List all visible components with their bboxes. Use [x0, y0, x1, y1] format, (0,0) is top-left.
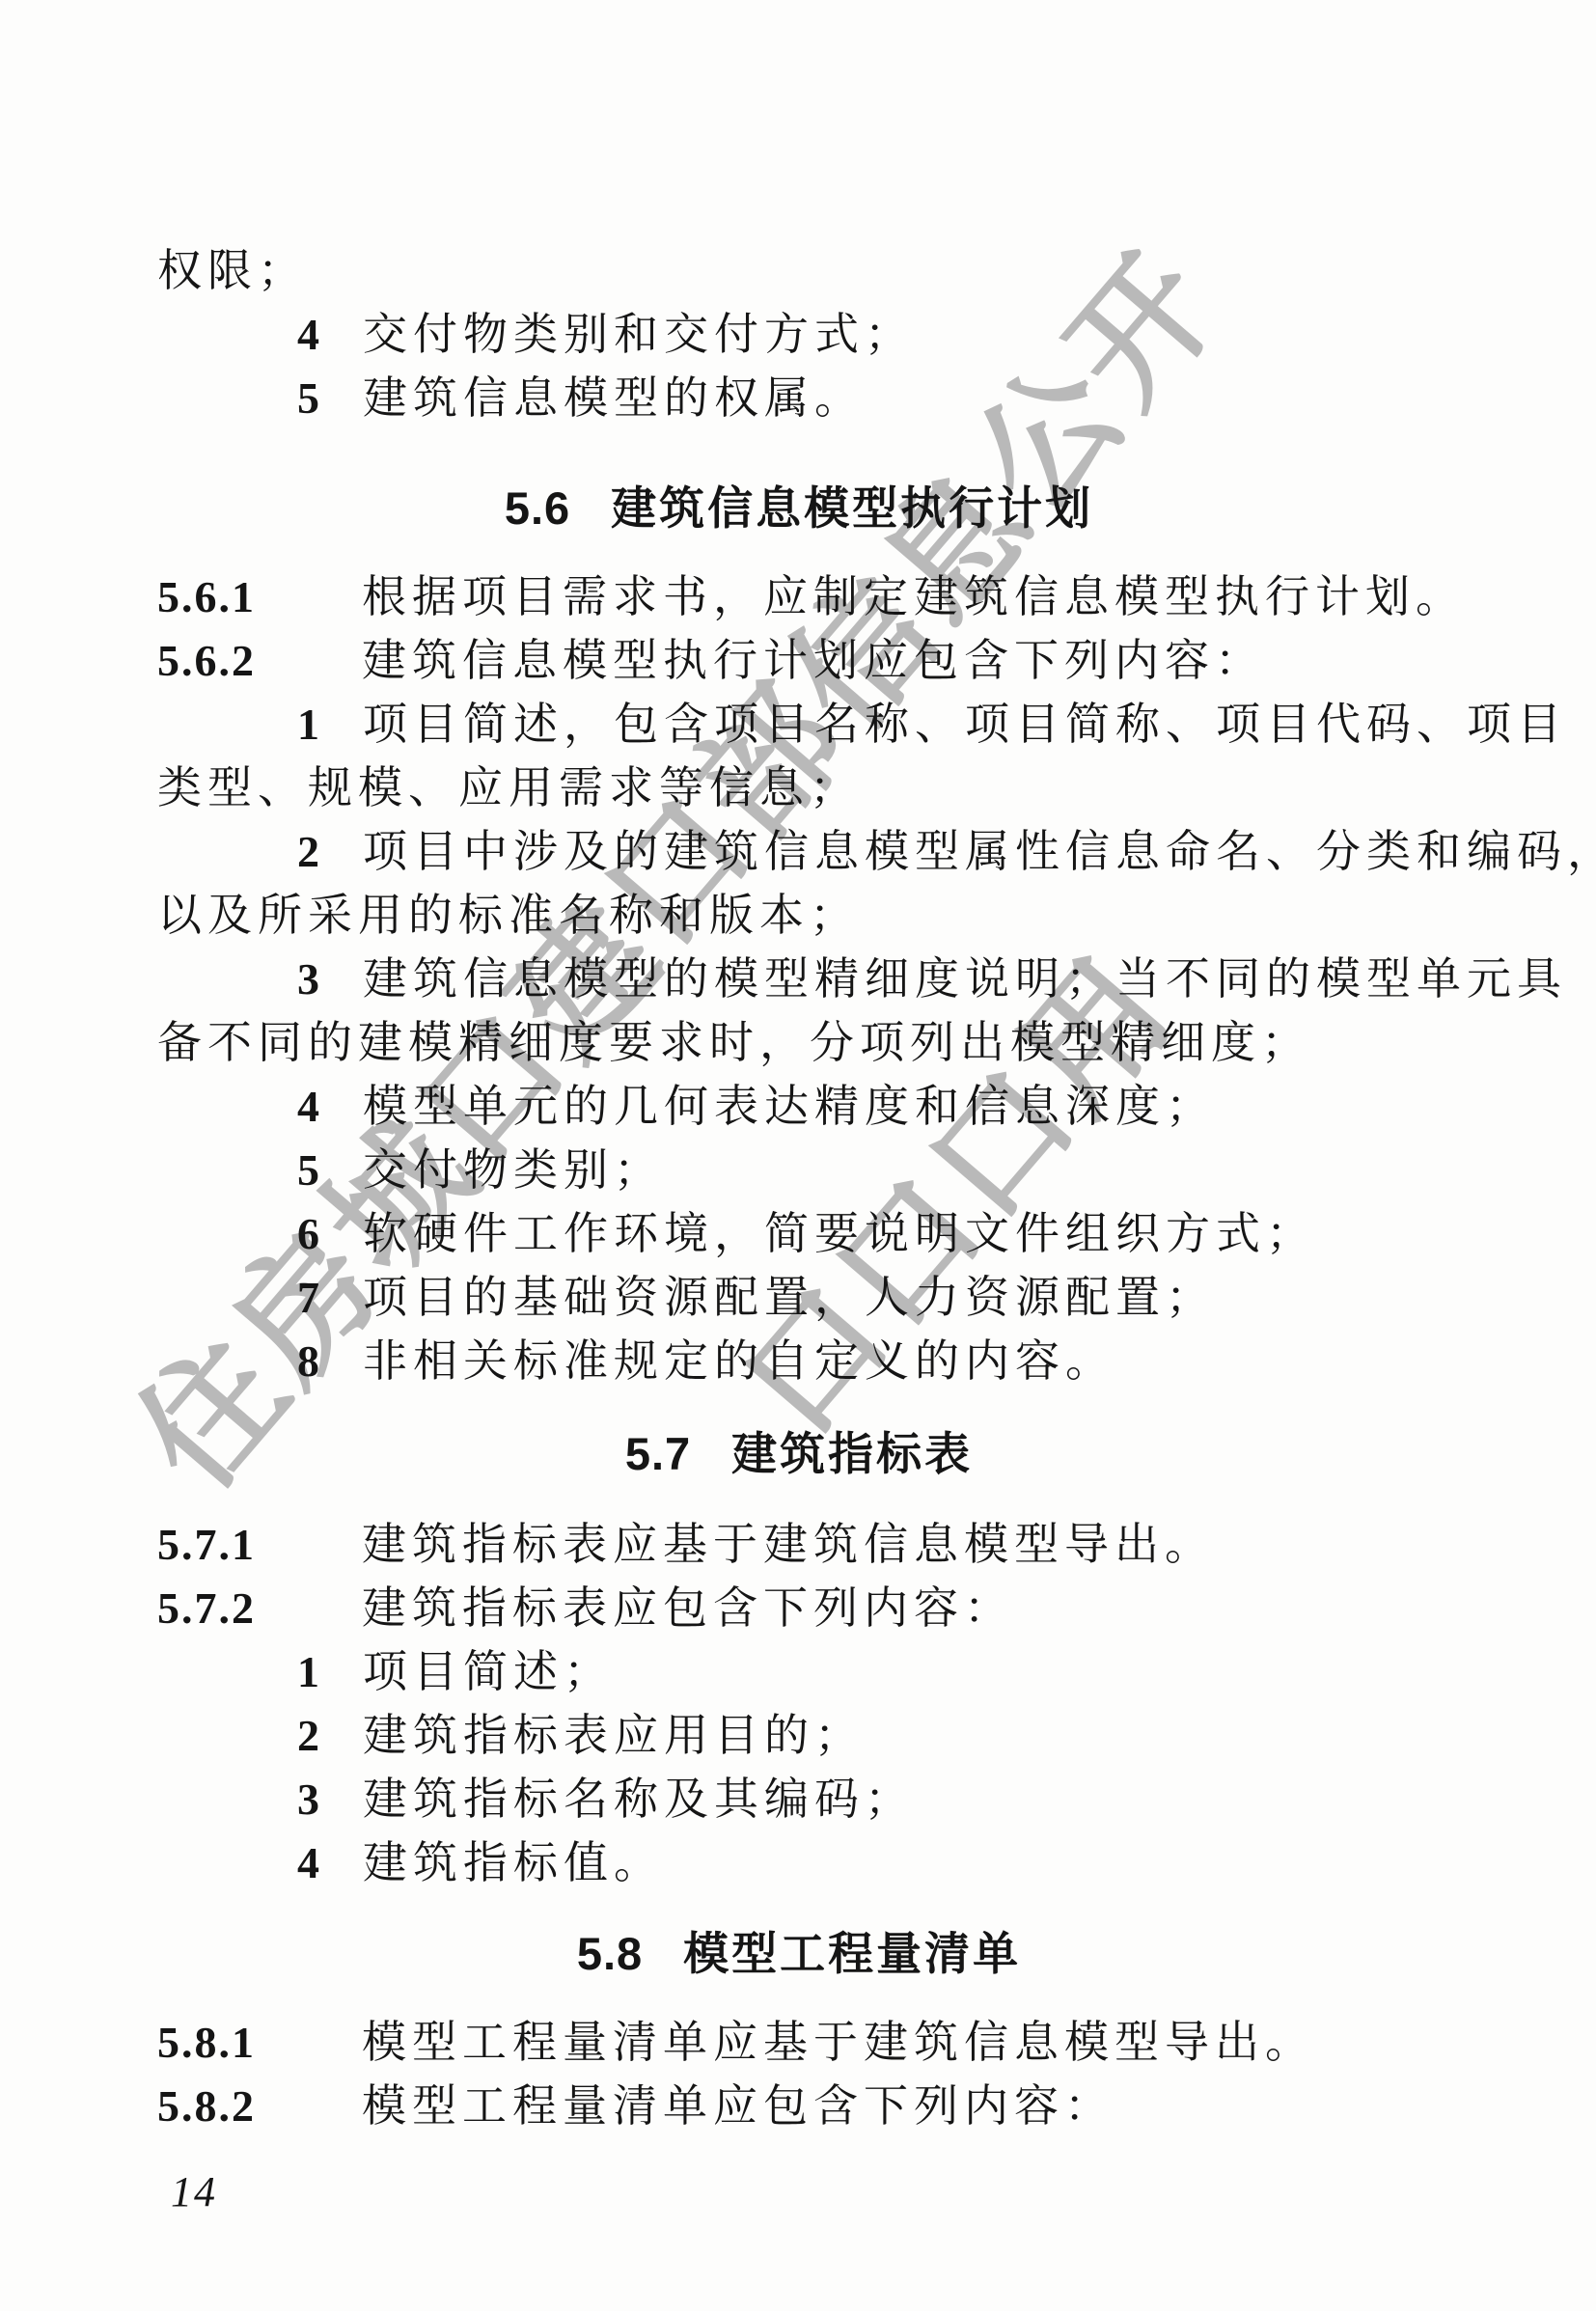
list-item: 8非相关标准规定的自定义的内容。 [297, 1334, 1115, 1389]
item-number: 4 [297, 1079, 363, 1135]
section-title: 模型工程量清单 [683, 1928, 1021, 1979]
list-item: 7项目的基础资源配置，人力资源配置； [297, 1270, 1216, 1326]
item-number: 6 [297, 1206, 363, 1262]
item-number: 1 [297, 697, 363, 753]
item-text: 项目简述，包含项目名称、项目简称、项目代码、项目 [363, 700, 1567, 749]
clause-line: 5.6.1根据项目需求书，应制定建筑信息模型执行计划。 [157, 569, 1466, 625]
document-page: 住房城口建口部信息公开 口口口用 权限； 4交付物类别和交付方式； 5建筑信息模… [0, 0, 1596, 2311]
list-item: 4模型单元的几何表达精度和信息深度； [297, 1079, 1216, 1135]
text-line-continuation: 备不同的建模精细度要求时，分项列出模型精细度； [157, 1015, 1311, 1071]
list-item: 6软硬件工作环境，简要说明文件组织方式； [297, 1206, 1316, 1262]
list-item: 5建筑信息模型的权属。 [297, 371, 865, 426]
clause-text: 建筑指标表应基于建筑信息模型导出。 [362, 1520, 1215, 1569]
list-item: 4交付物类别和交付方式； [297, 307, 915, 363]
section-title: 建筑指标表 [731, 1428, 973, 1479]
item-number: 3 [297, 1772, 363, 1828]
clause-text: 根据项目需求书，应制定建筑信息模型执行计划。 [362, 572, 1466, 621]
section-number: 5.6 [505, 482, 570, 534]
item-text: 模型单元的几何表达精度和信息深度； [363, 1082, 1216, 1131]
section-heading-5-6: 5.6建筑信息模型执行计划 [157, 481, 1441, 536]
item-number: 2 [297, 1708, 363, 1764]
item-text: 建筑信息模型的模型精细度说明；当不同的模型单元具 [363, 954, 1567, 1004]
section-number: 5.7 [625, 1428, 691, 1479]
item-text: 建筑信息模型的权属。 [363, 373, 865, 423]
item-number: 4 [297, 307, 363, 363]
item-number: 8 [297, 1334, 363, 1389]
list-item: 1项目简述； [297, 1644, 614, 1700]
list-item: 5交付物类别； [297, 1142, 664, 1198]
clause-text: 模型工程量清单应包含下列内容： [362, 2081, 1114, 2131]
clause-text: 模型工程量清单应基于建筑信息模型导出。 [362, 2018, 1315, 2067]
section-heading-5-8: 5.8模型工程量清单 [157, 1926, 1441, 1982]
item-text: 交付物类别； [363, 1145, 664, 1195]
item-text: 建筑指标名称及其编码； [363, 1775, 915, 1824]
text-line-continuation: 权限； [157, 243, 308, 299]
item-text: 项目的基础资源配置，人力资源配置； [363, 1273, 1216, 1322]
clause-number: 5.8.2 [157, 2078, 362, 2134]
clause-line: 5.8.2模型工程量清单应包含下列内容： [157, 2078, 1114, 2134]
list-item: 3建筑信息模型的模型精细度说明；当不同的模型单元具 [297, 951, 1567, 1007]
list-item: 2建筑指标表应用目的； [297, 1708, 865, 1764]
section-heading-5-7: 5.7建筑指标表 [157, 1426, 1441, 1482]
clause-number: 5.8.1 [157, 2015, 362, 2071]
list-item: 4建筑指标值。 [297, 1835, 664, 1891]
text-line-continuation: 类型、规模、应用需求等信息； [157, 760, 860, 816]
list-item: 1项目简述，包含项目名称、项目简称、项目代码、项目 [297, 697, 1567, 753]
item-text: 建筑指标值。 [363, 1838, 664, 1887]
item-text: 交付物类别和交付方式； [363, 310, 915, 359]
item-number: 5 [297, 1142, 363, 1198]
item-text: 建筑指标表应用目的； [363, 1711, 865, 1760]
section-title: 建筑信息模型执行计划 [611, 482, 1093, 534]
clause-line: 5.7.1建筑指标表应基于建筑信息模型导出。 [157, 1517, 1215, 1573]
item-text: 项目中涉及的建筑信息模型属性信息命名、分类和编码， [363, 827, 1596, 876]
clause-number: 5.6.1 [157, 569, 362, 625]
section-number: 5.8 [577, 1928, 643, 1979]
item-text: 项目简述； [363, 1647, 614, 1696]
clause-number: 5.6.2 [157, 633, 362, 689]
list-item: 2项目中涉及的建筑信息模型属性信息命名、分类和编码， [297, 824, 1596, 880]
page-number: 14 [171, 2167, 217, 2216]
item-text: 软硬件工作环境，简要说明文件组织方式； [363, 1209, 1316, 1258]
item-number: 3 [297, 951, 363, 1007]
clause-line: 5.8.1模型工程量清单应基于建筑信息模型导出。 [157, 2015, 1315, 2071]
item-number: 7 [297, 1270, 363, 1326]
clause-text: 建筑信息模型执行计划应包含下列内容： [362, 636, 1265, 685]
item-number: 4 [297, 1835, 363, 1891]
clause-number: 5.7.2 [157, 1581, 362, 1637]
clause-line: 5.6.2建筑信息模型执行计划应包含下列内容： [157, 633, 1265, 689]
item-number: 5 [297, 371, 363, 426]
item-text: 非相关标准规定的自定义的内容。 [363, 1336, 1115, 1386]
clause-number: 5.7.1 [157, 1517, 362, 1573]
item-number: 1 [297, 1644, 363, 1700]
list-item: 3建筑指标名称及其编码； [297, 1772, 915, 1828]
clause-text: 建筑指标表应包含下列内容： [362, 1583, 1014, 1633]
text-line-continuation: 以及所采用的标准名称和版本； [157, 888, 860, 944]
clause-line: 5.7.2建筑指标表应包含下列内容： [157, 1581, 1014, 1637]
item-number: 2 [297, 824, 363, 880]
